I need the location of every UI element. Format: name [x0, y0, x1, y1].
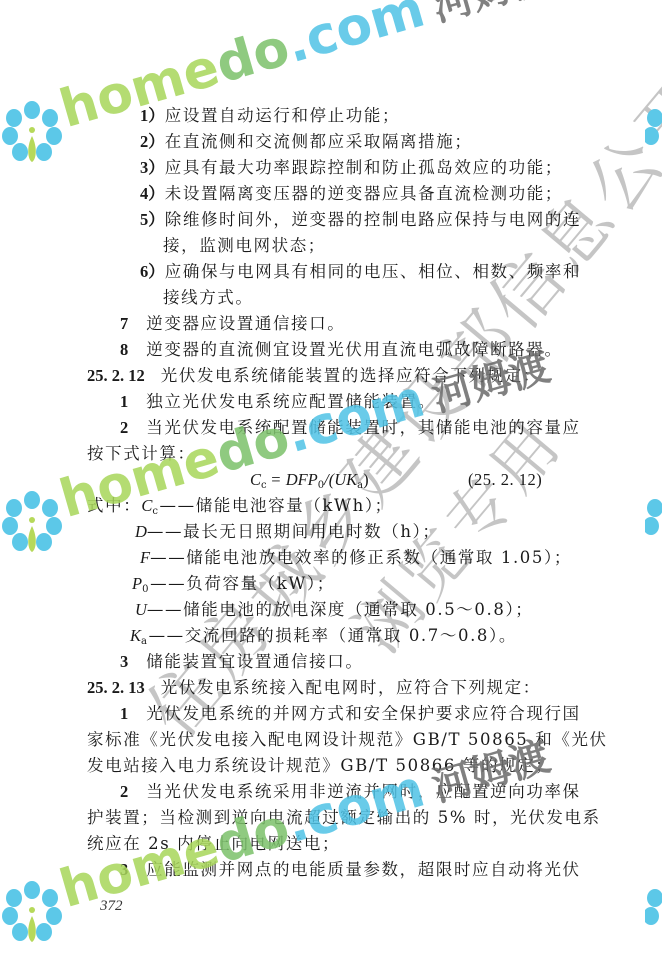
homedo-flower-logo-icon	[0, 880, 64, 944]
list-item-5: 5）除维修时间外，逆变器的控制电路应保持与电网的连	[140, 210, 581, 230]
formula: Cc = DFP0/(UKa)	[250, 470, 369, 496]
clause-25-2-13-item-2-cont1: 护装置；当检测到逆向电流超过额定输出的 5% 时，光伏发电系	[87, 808, 601, 828]
item-7: 7逆变器应设置通信接口。	[120, 314, 345, 334]
clause-25-2-12-item-2-cont: 按下式计算：	[87, 444, 196, 464]
clause-25-2-12-item-1: 1独立光伏发电系统应配置储能装置。	[120, 392, 436, 412]
list-item-5-cont: 接，监测电网状态；	[163, 236, 326, 256]
clause-25-2-13-item-2: 2当光伏发电系统采用非逆流并网时，应配置逆向功率保	[120, 782, 581, 802]
clause-25-2-13-item-3: 3应能监测并网点的电能质量参数，超限时应自动将光伏	[120, 860, 581, 880]
page-number: 372	[100, 898, 123, 915]
document-page: 住房城乡建设部信息公开 浏览专用 1）应设置自动运行和停止功能； 2）在直流侧和…	[0, 0, 662, 958]
where-d: D——最长无日照期间用电时数（h）；	[135, 522, 441, 542]
list-item-3: 3）应具有最大功率跟踪控制和防止孤岛效应的功能；	[140, 158, 563, 178]
formula-number: (25. 2. 12)	[468, 470, 542, 490]
clause-25-2-12-item-3: 3储能装置宜设置通信接口。	[120, 652, 363, 672]
clause-25-2-13-item-1: 1光伏发电系统的并网方式和安全保护要求应符合现行国	[120, 704, 581, 724]
clause-25-2-12-item-2: 2当光伏发电系统配置储能装置时，其储能电池的容量应	[120, 418, 581, 438]
homedo-flower-logo-icon	[0, 100, 64, 164]
where-u: U——储能电池的放电深度（通常取 0.5～0.8）；	[135, 600, 533, 620]
clause-25-2-13-heading: 25. 2. 13光伏发电系统接入配电网时，应符合下列规定：	[87, 678, 541, 698]
where-c: 式中：Cc——储能电池容量（kWh）；	[87, 496, 393, 522]
where-p0: P0——负荷容量（kW）；	[132, 574, 335, 600]
list-item-6-cont: 接线方式。	[163, 288, 254, 308]
list-item-4: 4）未设置隔离变压器的逆变器应具备直流检测功能；	[140, 184, 563, 204]
where-f: F——储能电池放电效率的修正系数（通常取 1.05）；	[140, 548, 572, 568]
clause-25-2-13-item-1-cont2: 发电站接入电力系统设计规范》GB/T 50866 等的规定；	[87, 756, 553, 776]
homedo-flower-logo-icon	[0, 490, 64, 554]
homedo-flower-logo-partial-icon	[645, 880, 662, 944]
clause-25-2-12-heading: 25. 2. 12光伏发电系统储能装置的选择应符合下列规定：	[87, 366, 541, 386]
where-ka: Ka——交流回路的损耗率（通常取 0.7～0.8）。	[130, 626, 517, 652]
item-8: 8逆变器的直流侧宜设置光伏用直流电弧故障断路器。	[120, 340, 563, 360]
clause-25-2-13-item-1-cont1: 家标准《光伏发电接入配电网设计规范》GB/T 50865 和《光伏	[87, 730, 608, 750]
list-item-2: 2）在直流侧和交流侧都应采取隔离措施；	[140, 132, 472, 152]
homedo-flower-logo-partial-icon	[645, 100, 662, 164]
clause-25-2-13-item-2-cont2: 统应在 2s 内停止向电网送电；	[87, 834, 340, 854]
list-item-1: 1）应设置自动运行和停止功能；	[140, 106, 400, 126]
list-item-6: 6）应确保与电网具有相同的电压、相位、相数、频率和	[140, 262, 581, 282]
homedo-flower-logo-partial-icon	[645, 490, 662, 554]
